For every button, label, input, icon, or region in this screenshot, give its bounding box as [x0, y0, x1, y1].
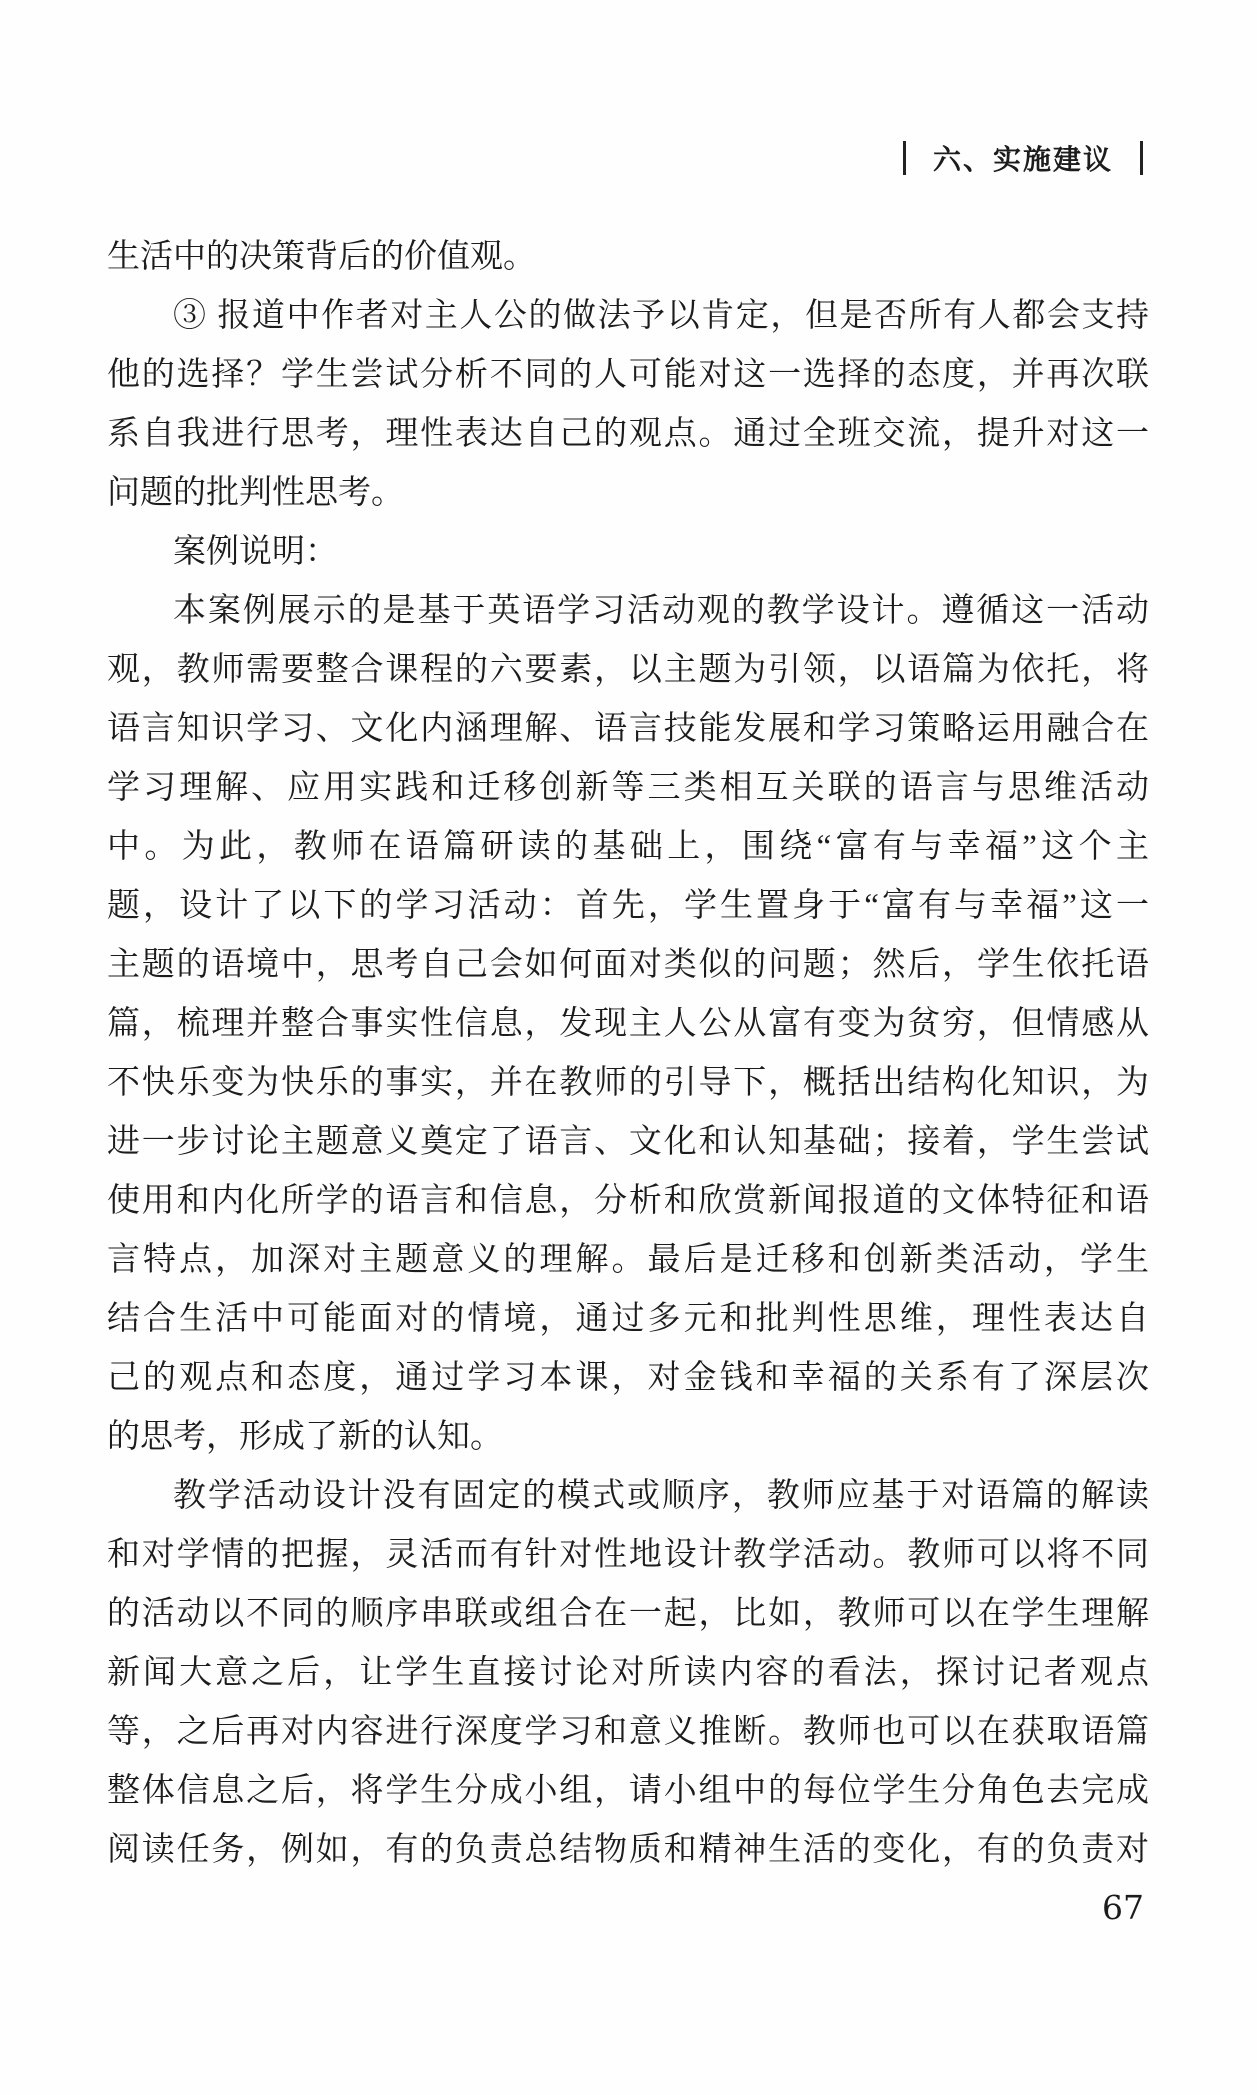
text-line: 生活中的决策背后的价值观。	[107, 228, 1149, 287]
text-line: 学习理解、应用实践和迁移创新等三类相互关联的语言与思维活动	[107, 759, 1149, 818]
text-line: ③ 报道中作者对主人公的做法予以肯定，但是否所有人都会支持	[107, 287, 1149, 346]
text-line: 的思考，形成了新的认知。	[107, 1408, 1149, 1467]
header-left-bar	[903, 141, 906, 175]
text-line: 题，设计了以下的学习活动：首先，学生置身于“富有与幸福”这一	[107, 877, 1149, 936]
text-line: 等，之后再对内容进行深度学习和意义推断。教师也可以在获取语篇	[107, 1703, 1149, 1762]
text-line: 整体信息之后，将学生分成小组，请小组中的每位学生分角色去完成	[107, 1762, 1149, 1821]
header-title: 六、实施建议	[933, 138, 1113, 178]
body-text: 生活中的决策背后的价值观。③ 报道中作者对主人公的做法予以肯定，但是否所有人都会…	[107, 228, 1149, 1880]
text-line: 己的观点和态度，通过学习本课，对金钱和幸福的关系有了深层次	[107, 1349, 1149, 1408]
header-right-bar	[1140, 141, 1143, 175]
text-line: 案例说明：	[107, 523, 1149, 582]
text-line: 篇，梳理并整合事实性信息，发现主人公从富有变为贫穷，但情感从	[107, 995, 1149, 1054]
text-line: 进一步讨论主题意义奠定了语言、文化和认知基础；接着，学生尝试	[107, 1113, 1149, 1172]
text-line: 语言知识学习、文化内涵理解、语言技能发展和学习策略运用融合在	[107, 700, 1149, 759]
book-page: 六、实施建议 生活中的决策背后的价值观。③ 报道中作者对主人公的做法予以肯定，但…	[0, 0, 1257, 2095]
text-line: 问题的批判性思考。	[107, 464, 1149, 523]
text-line: 主题的语境中，思考自己会如何面对类似的问题；然后，学生依托语	[107, 936, 1149, 995]
text-line: 他的选择？学生尝试分析不同的人可能对这一选择的态度，并再次联	[107, 346, 1149, 405]
text-line: 阅读任务，例如，有的负责总结物质和精神生活的变化，有的负责对	[107, 1821, 1149, 1880]
text-line: 系自我进行思考，理性表达自己的观点。通过全班交流，提升对这一	[107, 405, 1149, 464]
text-line: 使用和内化所学的语言和信息，分析和欣赏新闻报道的文体特征和语	[107, 1172, 1149, 1231]
page-number: 67	[1102, 1888, 1144, 1927]
text-line: 中。为此，教师在语篇研读的基础上，围绕“富有与幸福”这个主	[107, 818, 1149, 877]
text-line: 本案例展示的是基于英语学习活动观的教学设计。遵循这一活动	[107, 582, 1149, 641]
text-line: 的活动以不同的顺序串联或组合在一起，比如，教师可以在学生理解	[107, 1585, 1149, 1644]
text-line: 和对学情的把握，灵活而有针对性地设计教学活动。教师可以将不同	[107, 1526, 1149, 1585]
text-line: 新闻大意之后，让学生直接讨论对所读内容的看法，探讨记者观点	[107, 1644, 1149, 1703]
text-line: 教学活动设计没有固定的模式或顺序，教师应基于对语篇的解读	[107, 1467, 1149, 1526]
text-line: 观，教师需要整合课程的六要素，以主题为引领，以语篇为依托，将	[107, 641, 1149, 700]
text-line: 不快乐变为快乐的事实，并在教师的引导下，概括出结构化知识，为	[107, 1054, 1149, 1113]
text-line: 结合生活中可能面对的情境，通过多元和批判性思维，理性表达自	[107, 1290, 1149, 1349]
running-header: 六、实施建议	[903, 138, 1143, 178]
text-line: 言特点，加深对主题意义的理解。最后是迁移和创新类活动，学生	[107, 1231, 1149, 1290]
